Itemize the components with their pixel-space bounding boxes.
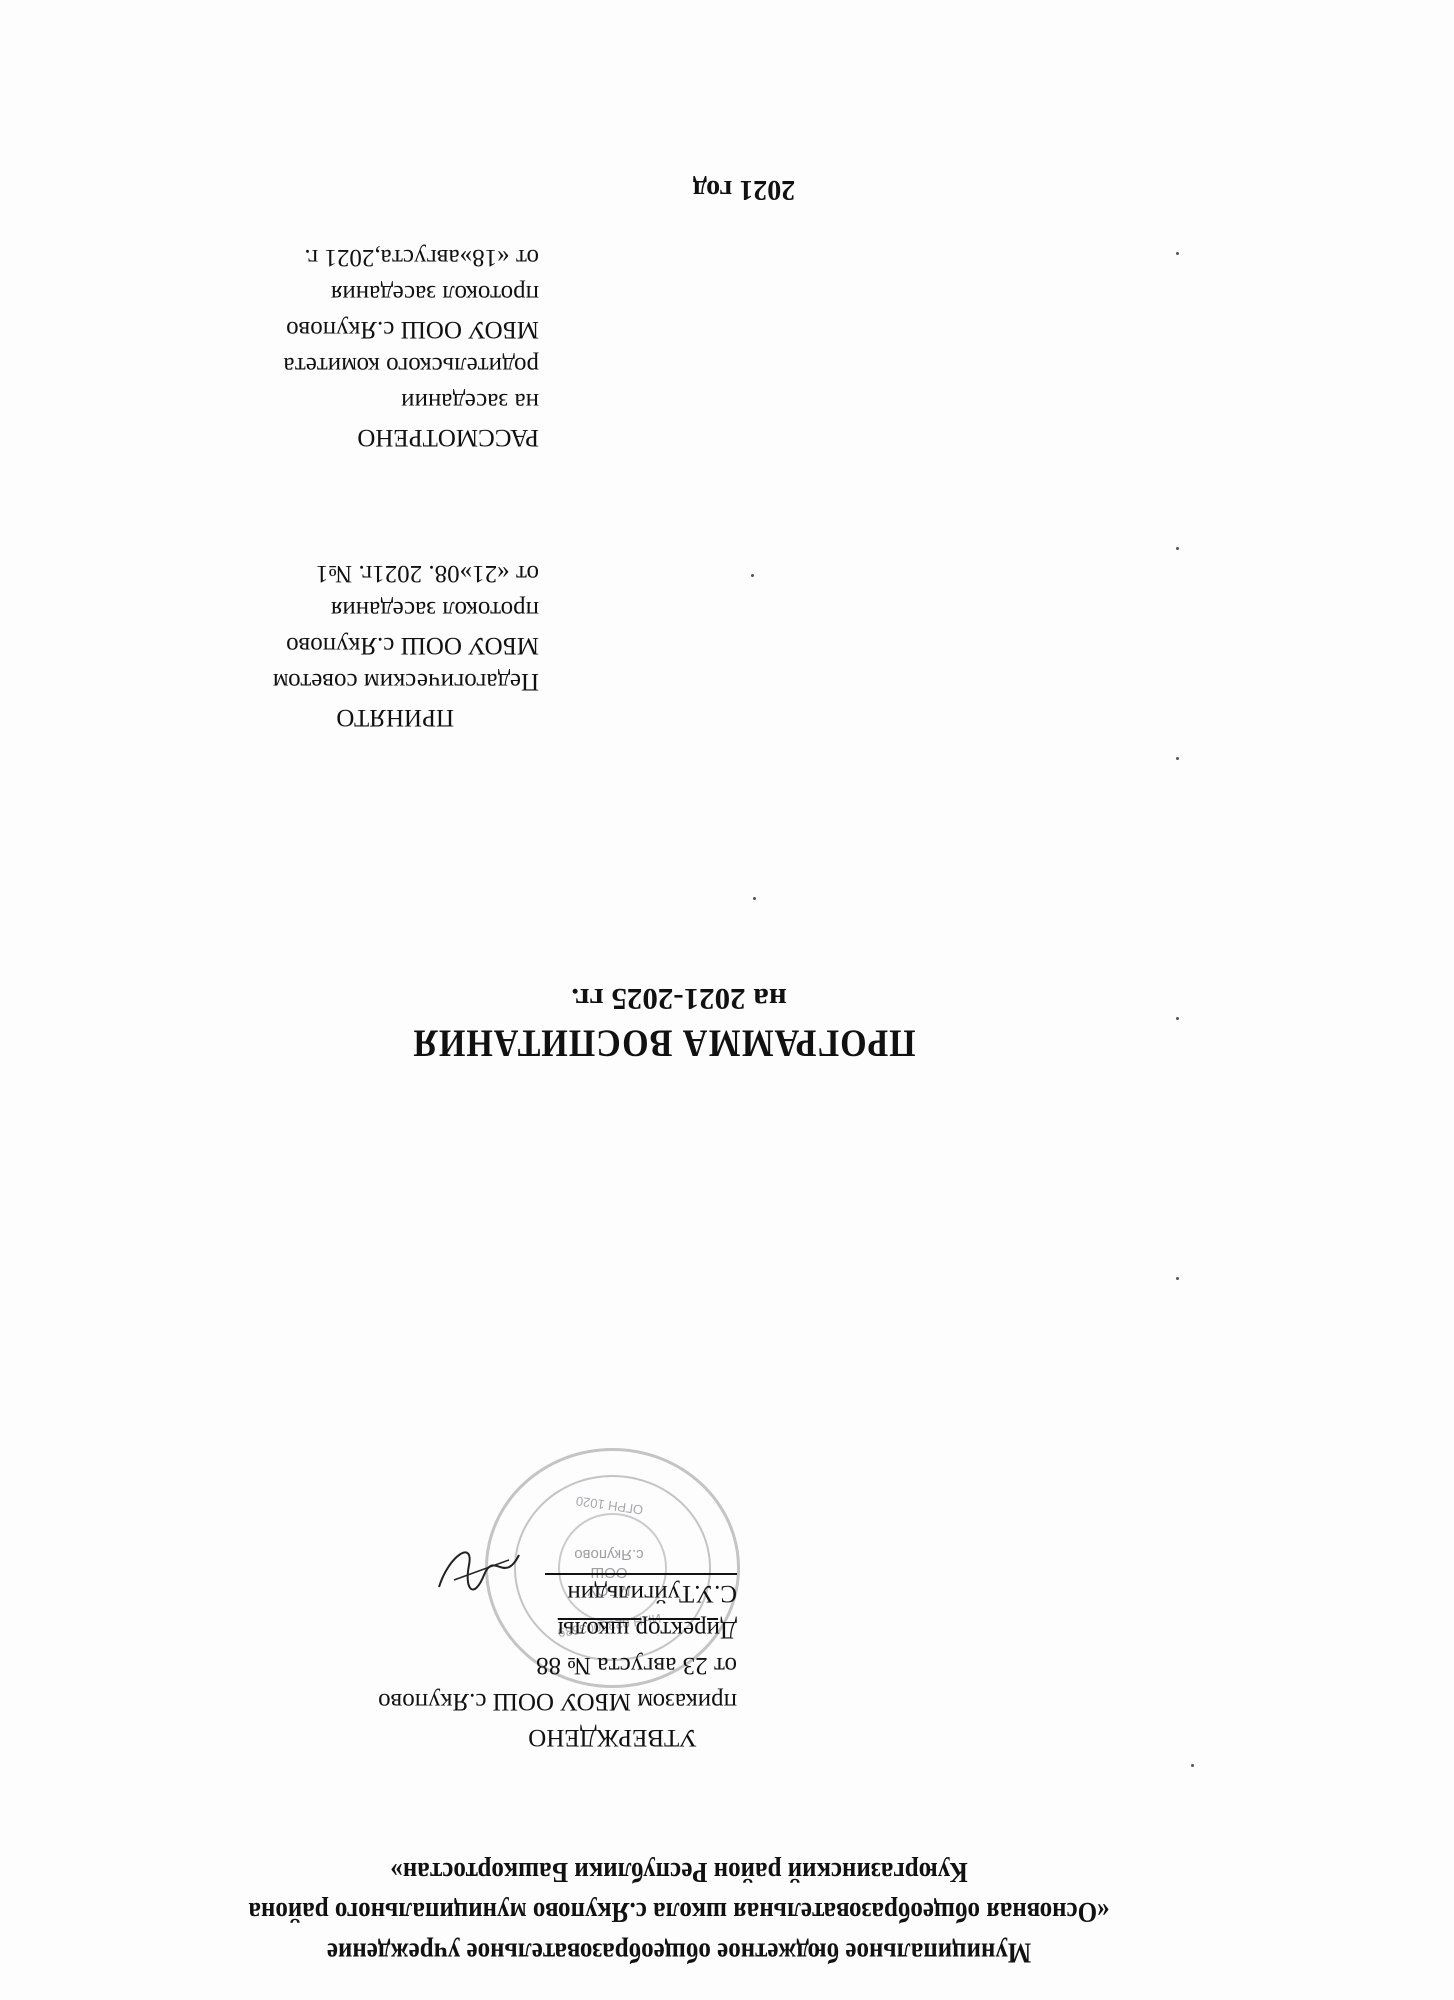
approved-signatory: С.У.Туйгильдин xyxy=(567,1580,737,1607)
scanned-document-page: Муниципальное бюджетное общеобразователь… xyxy=(0,0,1454,2000)
accepted-protocol: протокол заседания xyxy=(119,591,539,627)
scan-speck xyxy=(753,897,756,900)
reviewed-org: МБОУ ООШ с.Якупово xyxy=(119,311,539,347)
reviewed-heading: РАССМОТРЕНО xyxy=(119,419,539,455)
reviewed-block: РАССМОТРЕНО на заседании родительского к… xyxy=(119,239,539,455)
accepted-date: от «21»08. 2021г. №1 xyxy=(119,555,539,591)
approved-by-order: приказом МБОУ ООШ с.Якупово xyxy=(177,1683,737,1719)
accepted-heading: ПРИНЯТО xyxy=(119,699,539,735)
accepted-block: ПРИНЯТО Педагогическим советом МБОУ ООШ … xyxy=(119,555,539,735)
scan-speck xyxy=(1176,757,1179,760)
scan-speck xyxy=(1176,547,1179,550)
accepted-org: МБОУ ООШ с.Якупово xyxy=(119,627,539,663)
stamp-line: с.Якупово xyxy=(559,1545,659,1563)
program-title: ПРОГРАММА ВОСПИТАНИЯ на 2021-2025 гг. xyxy=(354,979,974,1065)
approved-position: Директор школы xyxy=(177,1611,737,1647)
scan-speck xyxy=(1176,1277,1179,1280)
reviewed-line-2: родительского комитета xyxy=(119,347,539,383)
approval-block: УТВЕРЖДЕНО приказом МБОУ ООШ с.Якупово о… xyxy=(177,1573,737,1755)
header-line-2: «Основная общеобразовательная школа с.Як… xyxy=(174,1892,1184,1932)
accepted-body: Педагогическим советом xyxy=(119,663,539,699)
stamp-ogrn: ОГРН 1020 xyxy=(522,1486,697,1525)
scan-speck xyxy=(1176,1017,1179,1020)
scan-speck xyxy=(1191,1764,1194,1767)
reviewed-date: от «18»августа,2021 г. xyxy=(119,239,539,275)
header-line-3: Куюргазинский район Республики Башкортос… xyxy=(174,1851,1184,1891)
reviewed-line-1: на заседании xyxy=(119,383,539,419)
signature-scribble-icon xyxy=(434,1545,524,1595)
reviewed-protocol: протокол заседания xyxy=(119,275,539,311)
title-main: ПРОГРАММА ВОСПИТАНИЯ xyxy=(354,1016,974,1069)
title-period: на 2021-2025 гг. xyxy=(354,979,974,1019)
scan-speck xyxy=(751,574,754,577)
institution-header: Муниципальное бюджетное общеобразователь… xyxy=(174,1851,1184,1972)
footer-year: 2021 год xyxy=(594,173,894,205)
approved-heading: УТВЕРЖДЕНО xyxy=(177,1719,737,1755)
header-line-1: Муниципальное бюджетное общеобразователь… xyxy=(174,1932,1184,1972)
scan-speck xyxy=(1176,252,1179,255)
approved-order-date: от 23 августа № 88 xyxy=(177,1647,737,1683)
